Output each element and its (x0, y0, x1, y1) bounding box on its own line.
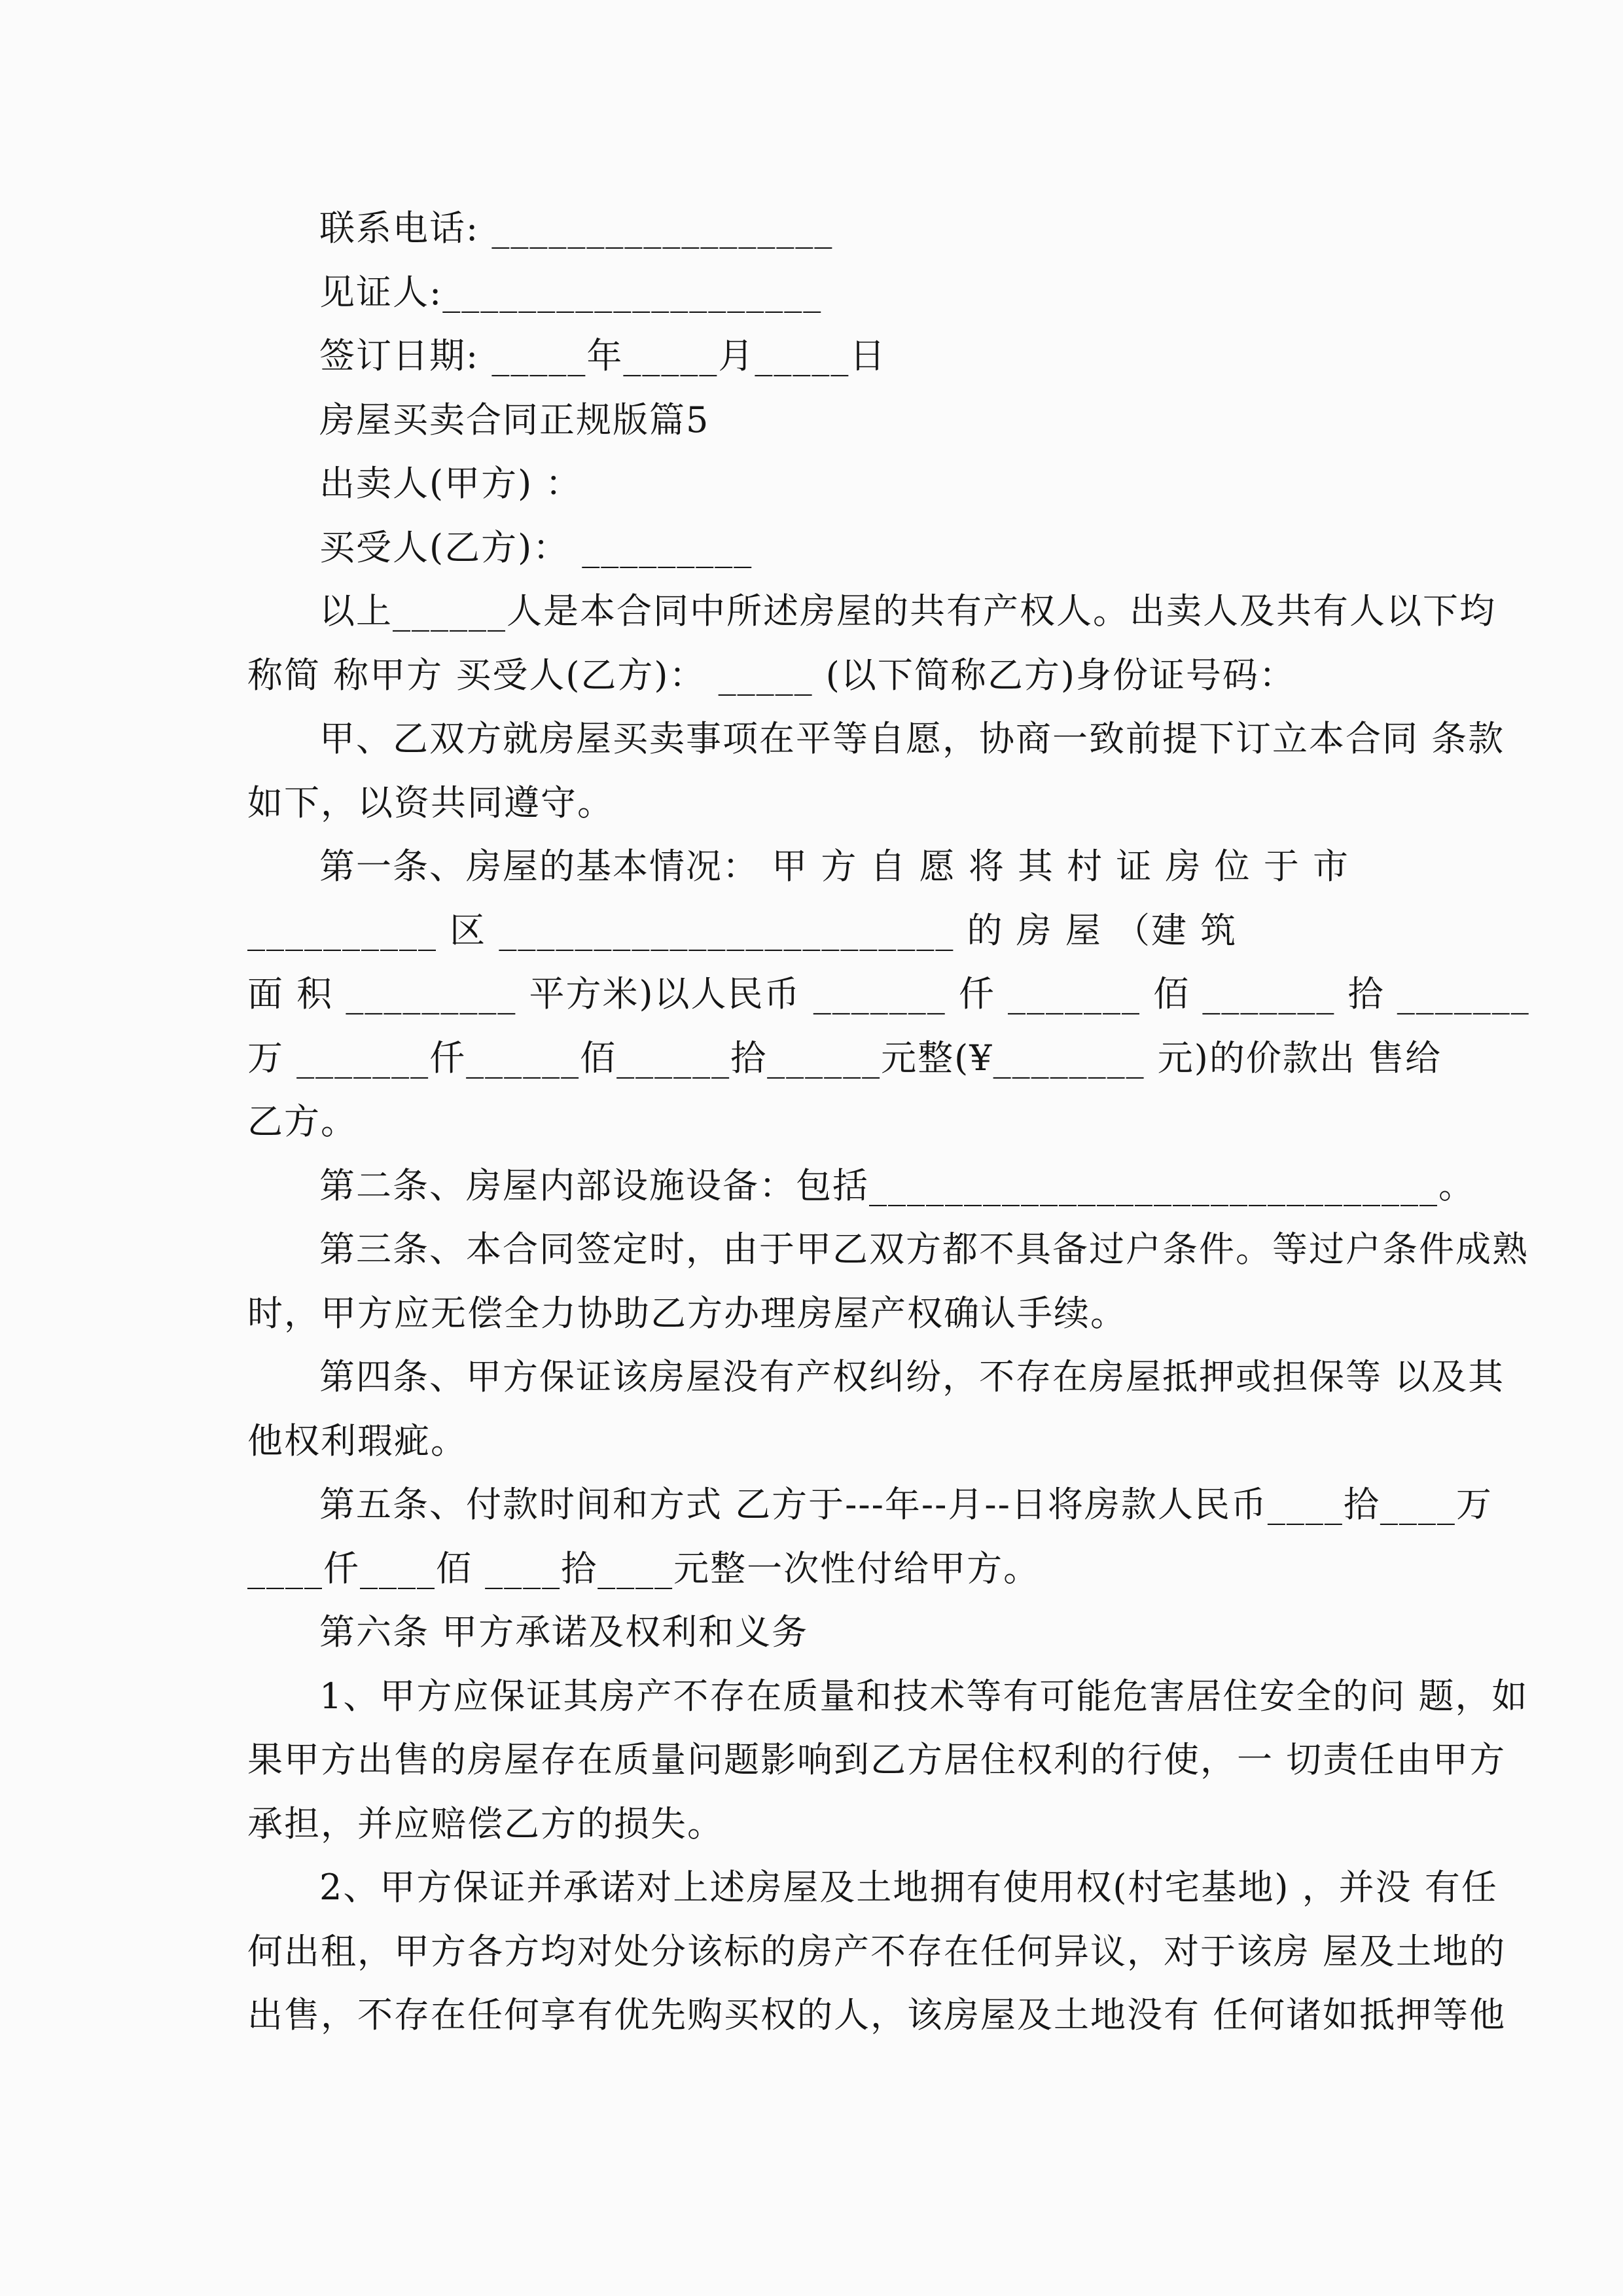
document-line: 签订日期: _____年_____月_____日 (247, 324, 1427, 388)
document-line: 称简 称甲方 买受人(乙方)： _____ (以下简称乙方)身份证号码： (247, 643, 1427, 708)
document-line: 万 _______仟______佰______拾______元整(¥______… (247, 1026, 1427, 1090)
document-line: 他权利瑕疵。 (247, 1409, 1427, 1473)
document-line: 时，甲方应无偿全力协助乙方办理房屋产权确认手续。 (247, 1282, 1427, 1346)
document-subtitle: 房屋买卖合同正规版篇5 (247, 388, 1427, 452)
contract-document-page: 联系电话: __________________ 见证人:___________… (0, 0, 1623, 2296)
document-line: 第六条 甲方承诺及权利和义务 (247, 1600, 1427, 1664)
document-line: 第一条、房屋的基本情况： 甲 方 自 愿 将 其 村 证 房 位 于 市 (247, 834, 1427, 899)
document-line: 出卖人(甲方) ： (247, 452, 1427, 516)
document-line: 以上______人是本合同中所述房屋的共有产权人。出卖人及共有人以下均 (247, 579, 1427, 643)
document-line: 甲、乙双方就房屋买卖事项在平等自愿，协商一致前提下订立本合同 条款 (247, 707, 1427, 771)
document-line: ____仟____佰 ____拾____元整一次性付给甲方。 (247, 1537, 1427, 1601)
document-line: 果甲方出售的房屋存在质量问题影响到乙方居住权利的行使，一 切责任由甲方 (247, 1728, 1427, 1792)
document-line: 见证人:____________________ (247, 260, 1427, 325)
document-line: 如下，以资共同遵守。 (247, 771, 1427, 835)
document-line: 出售，不存在任何享有优先购买权的人，该房屋及土地没有 任何诸如抵押等他 (247, 1983, 1427, 2047)
document-line: 买受人(乙方)： _________ (247, 516, 1427, 580)
document-line: 面 积 _________ 平方米)以人民币 _______ 仟 _______… (247, 962, 1427, 1026)
document-line: 承担，并应赔偿乙方的损失。 (247, 1792, 1427, 1856)
document-line: 2、甲方保证并承诺对上述房屋及土地拥有使用权(村宅基地) ，并没 有任 (247, 1856, 1427, 1920)
document-line: 何出租，甲方各方均对处分该标的房产不存在任何异议，对于该房 屋及土地的 (247, 1920, 1427, 1984)
document-line: __________ 区 ________________________ 的 … (247, 899, 1427, 963)
document-line: 1、甲方应保证其房产不存在质量和技术等有可能危害居住安全的问 题，如 (247, 1664, 1427, 1729)
document-line: 第二条、房屋内部设施设备：包括_________________________… (247, 1154, 1427, 1218)
document-line: 第四条、甲方保证该房屋没有产权纠纷，不存在房屋抵押或担保等 以及其 (247, 1345, 1427, 1409)
document-line: 联系电话: __________________ (247, 196, 1427, 260)
document-line: 第五条、付款时间和方式 乙方于---年--月--日将房款人民币____拾____… (247, 1473, 1427, 1537)
document-line: 第三条、本合同签定时，由于甲乙双方都不具备过户条件。等过户条件成熟 (247, 1217, 1427, 1282)
document-line: 乙方。 (247, 1090, 1427, 1154)
